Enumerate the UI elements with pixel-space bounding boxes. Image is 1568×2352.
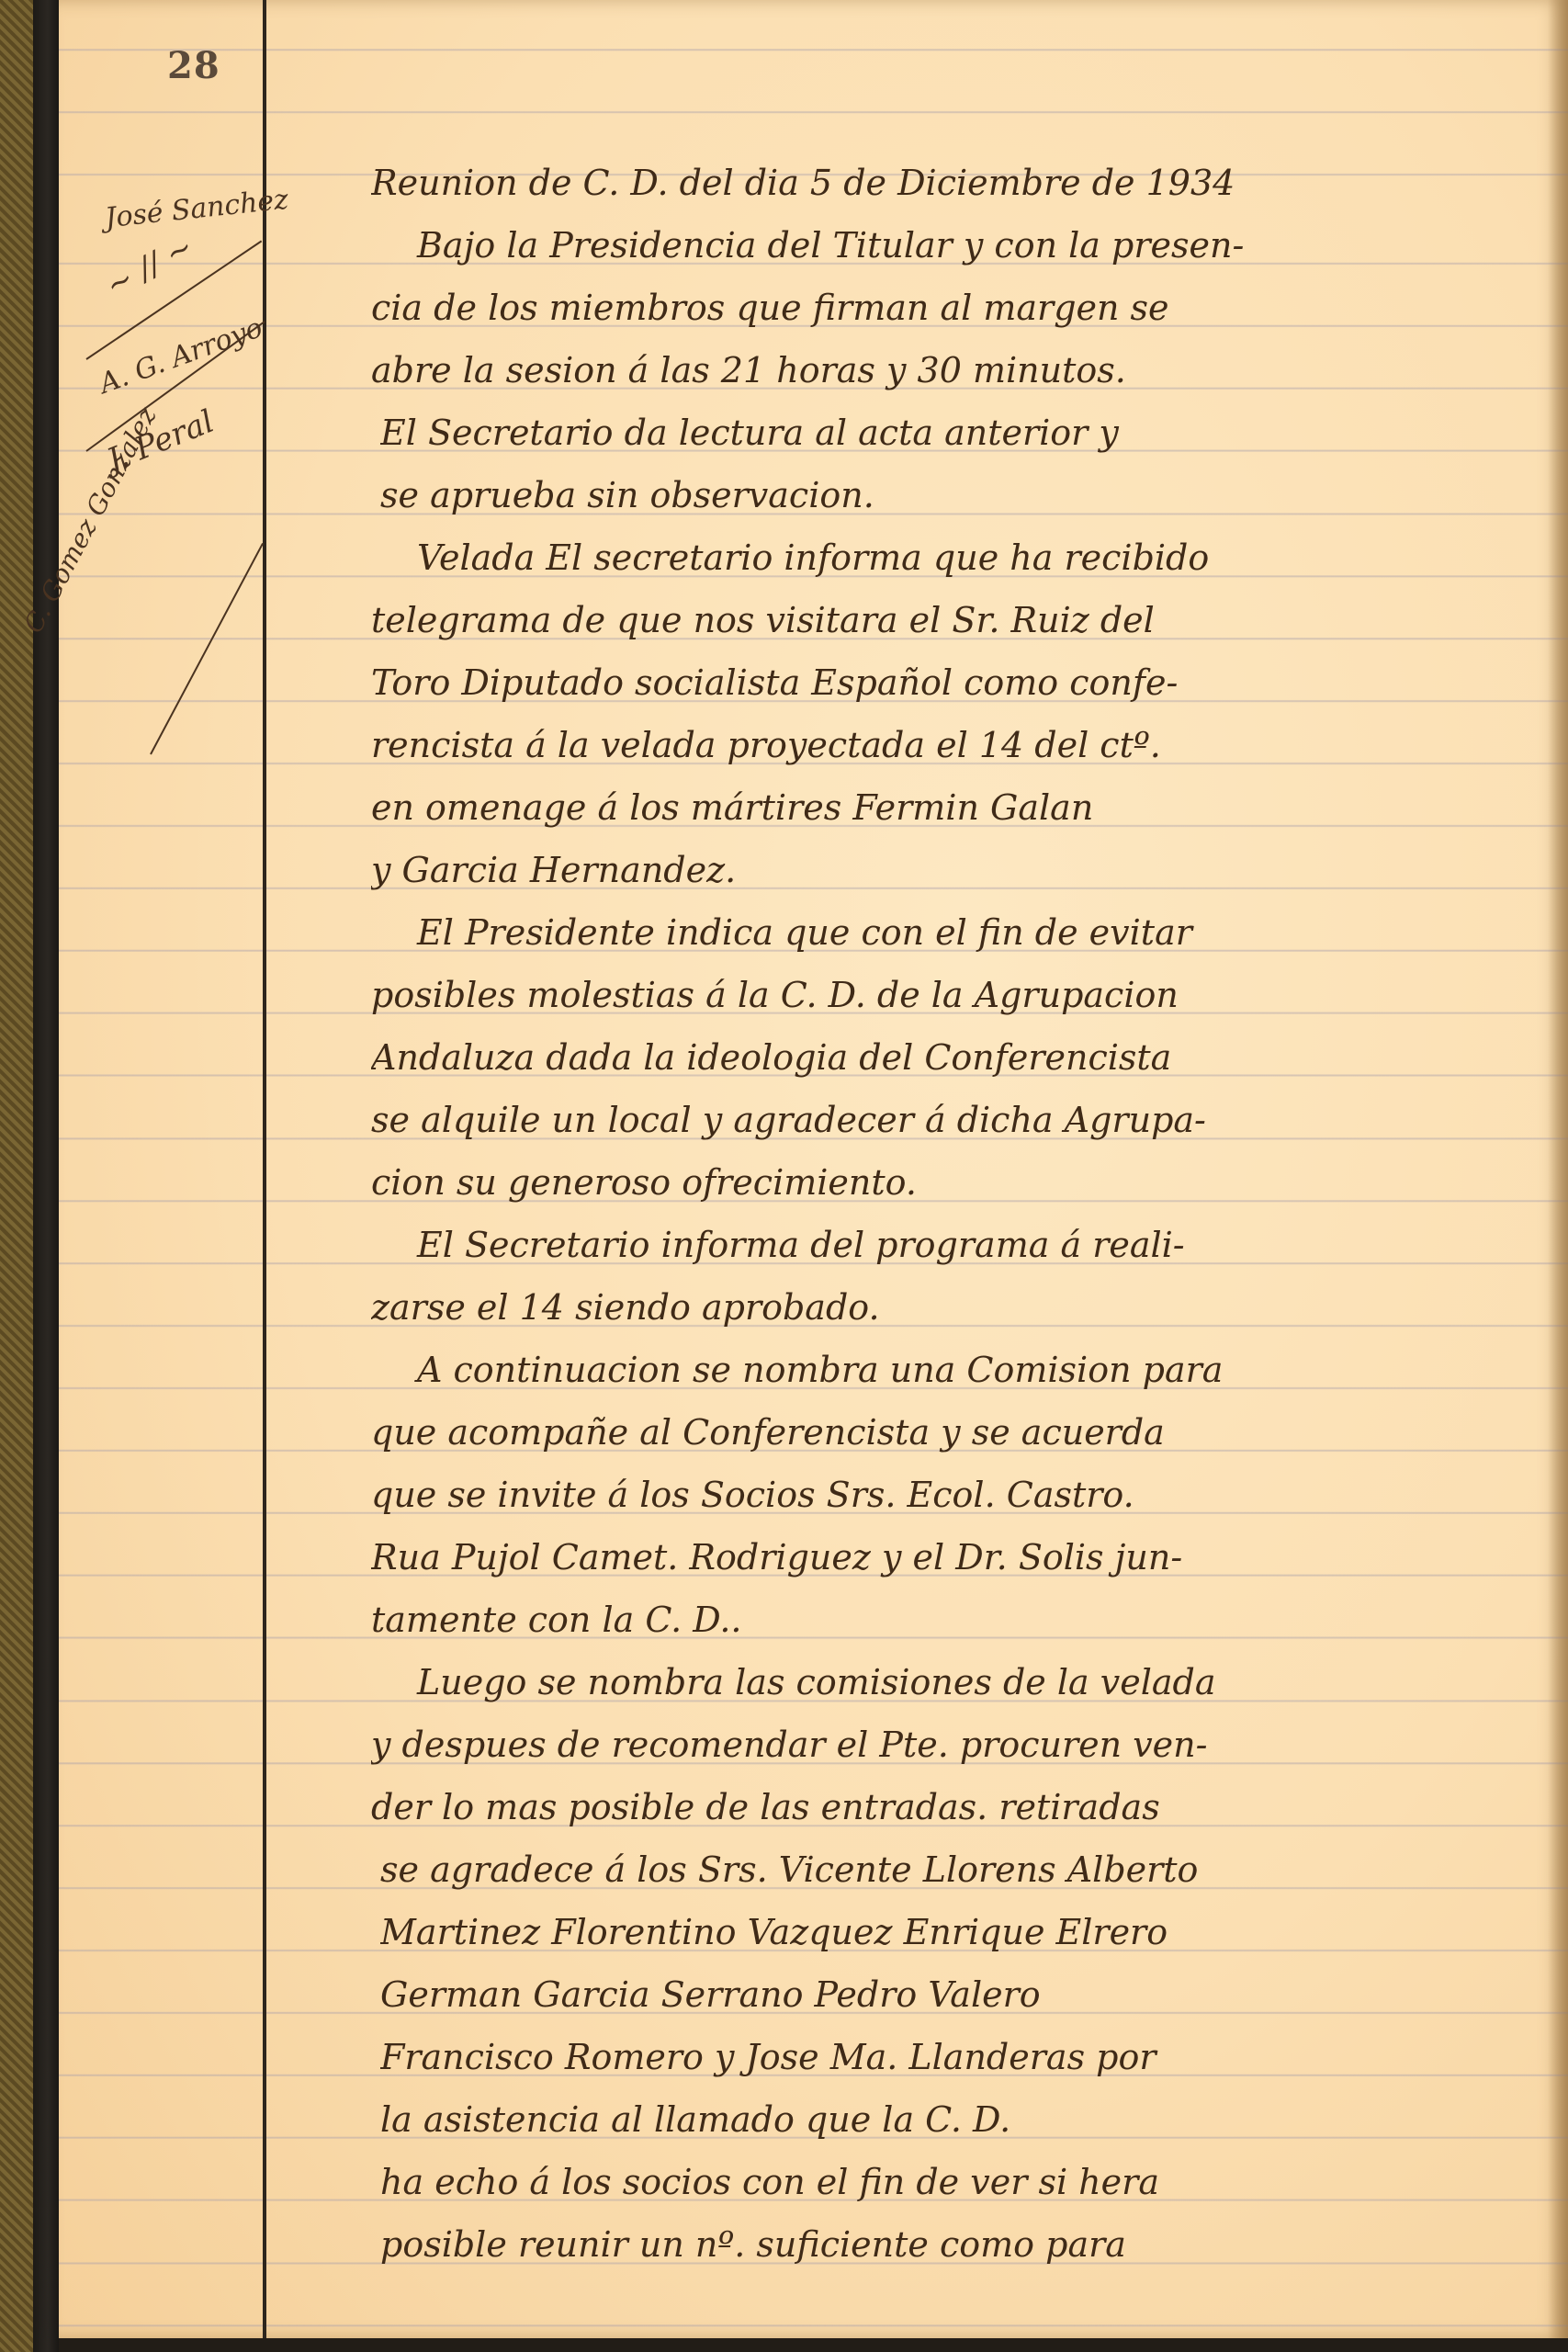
ledger-page: 28 José Sanchez ~ ∕∕ ~ A. G. Arroyo J. P… (59, 0, 1568, 2338)
text-line: German Garcia Serrano Pedro Valero (380, 1963, 1568, 2026)
margin-signatures: José Sanchez ~ ∕∕ ~ A. G. Arroyo J. Pera… (77, 165, 261, 808)
text-line: se aprueba sin observacion. (380, 464, 1568, 526)
text-line: Luego se nombra las comisiones de la vel… (380, 1651, 1568, 1713)
margin-rule (263, 0, 266, 2338)
text-line: y despues de recomendar el Pte. procuren… (371, 1713, 1568, 1776)
text-line: cia de los miembros que firman al margen… (371, 277, 1568, 339)
text-line: Velada El secretario informa que ha reci… (380, 526, 1568, 589)
text-line: Martinez Florentino Vazquez Enrique Elre… (380, 1901, 1568, 1963)
text-line: Toro Diputado socialista Español como co… (371, 651, 1568, 714)
signature: A. G. Arroyo (96, 311, 267, 401)
text-line: tamente con la C. D.. (371, 1589, 1568, 1651)
text-line: en omenage á los mártires Fermin Galan (371, 776, 1568, 839)
text-line: rencista á la velada proyectada el 14 de… (371, 714, 1568, 776)
text-line: El Secretario informa del programa á rea… (380, 1214, 1568, 1276)
text-line: la asistencia al llamado que la C. D. (380, 2088, 1568, 2151)
text-line: Bajo la Presidencia del Titular y con la… (380, 214, 1568, 277)
minutes-text: Reunion de C. D. del dia 5 de Diciembre … (380, 152, 1568, 2276)
minutes-title: Reunion de C. D. del dia 5 de Diciembre … (371, 152, 1568, 214)
text-line: El Presidente indica que con el fin de e… (380, 901, 1568, 964)
text-line: telegrama de que nos visitara el Sr. Rui… (371, 589, 1568, 651)
text-line: A continuacion se nombra una Comision pa… (380, 1339, 1568, 1401)
text-line: der lo mas posible de las entradas. reti… (371, 1776, 1568, 1838)
page-edge-shadow (1548, 0, 1568, 2338)
text-line: cion su generoso ofrecimiento. (371, 1151, 1568, 1214)
text-line: posible reunir un nº. suficiente como pa… (380, 2213, 1568, 2276)
text-line: abre la sesion á las 21 horas y 30 minut… (371, 339, 1568, 401)
text-line: zarse el 14 siendo aprobado. (371, 1276, 1568, 1339)
text-line: Francisco Romero y Jose Ma. Llanderas po… (380, 2026, 1568, 2088)
text-line: que acompañe al Conferencista y se acuer… (371, 1401, 1568, 1464)
text-line: y Garcia Hernandez. (371, 839, 1568, 901)
text-line: Andaluza dada la ideologia del Conferenc… (371, 1026, 1568, 1089)
page-bottom-edge (59, 2338, 1568, 2352)
text-line: Rua Pujol Camet. Rodriguez y el Dr. Soli… (371, 1526, 1568, 1589)
text-line: posibles molestias á la C. D. de la Agru… (371, 964, 1568, 1026)
text-line: que se invite á los Socios Srs. Ecol. Ca… (371, 1464, 1568, 1526)
text-line: se alquile un local y agradecer á dicha … (371, 1089, 1568, 1151)
text-line: se agradece á los Srs. Vicente Llorens A… (380, 1838, 1568, 1901)
text-line: ha echo á los socios con el fin de ver s… (380, 2151, 1568, 2213)
page-number: 28 (167, 44, 220, 87)
text-line: El Secretario da lectura al acta anterio… (380, 401, 1568, 464)
signature-stroke (150, 543, 264, 755)
